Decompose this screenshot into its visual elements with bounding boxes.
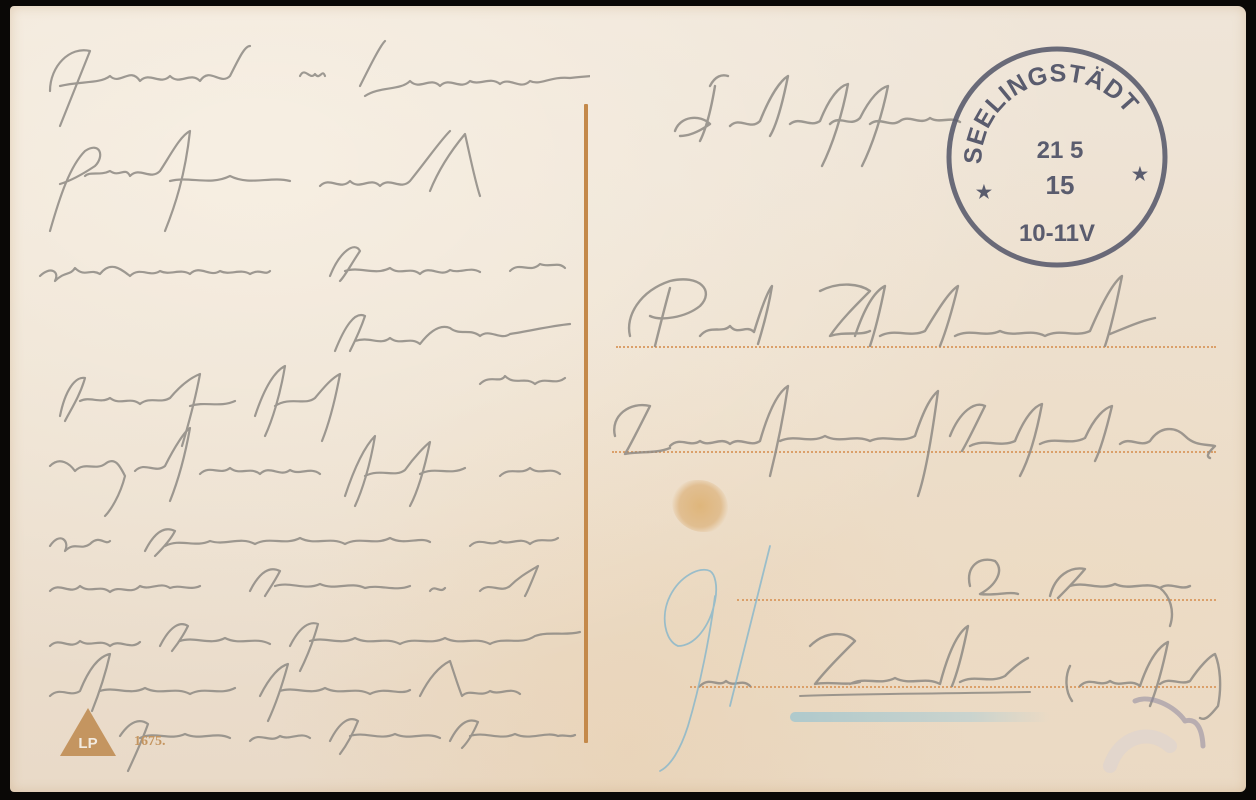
blue-pencil-mark	[660, 546, 770, 771]
publisher-logo-text: LP	[78, 735, 97, 752]
postmark-stamp: SEELINGSTÄDT 21 5 15 10-11V ★ ★	[942, 42, 1172, 272]
publisher-number: 1675.	[134, 734, 166, 750]
postmark-year: 15	[1046, 170, 1075, 200]
star-icon: ★	[976, 182, 993, 202]
postmark-date: 21 5	[1037, 137, 1084, 164]
postcard: Gesunde u. gesegnete Pfingsten wünscht d…	[10, 6, 1246, 792]
star-icon: ★	[1132, 164, 1149, 184]
publisher-logo-icon: LP	[58, 706, 118, 758]
postmark-time: 10-11V	[1019, 220, 1095, 247]
